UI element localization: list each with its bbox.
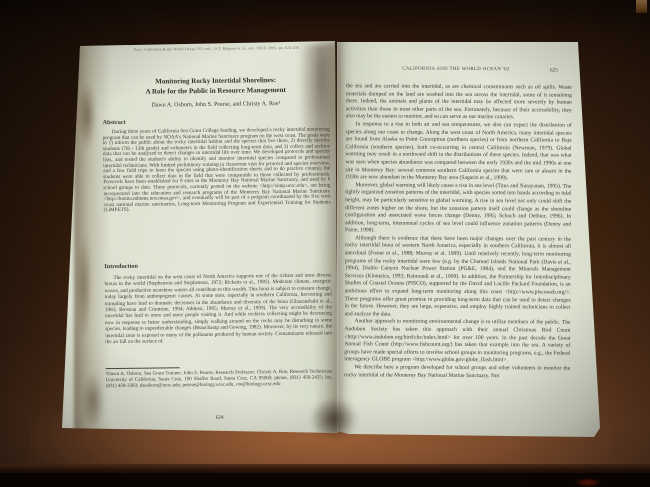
body-text-column: the sea and are carried into the interti… bbox=[344, 83, 572, 381]
red-indicator-light bbox=[576, 479, 600, 486]
body-paragraph: the sea and are carried into the interti… bbox=[346, 83, 572, 122]
body-paragraph: We describe here a program developed for… bbox=[344, 364, 570, 381]
abstract-heading: Abstract bbox=[103, 119, 126, 126]
book-spine-smudge-top bbox=[298, 44, 340, 204]
paper-title-line2: A Role for the Public in Resource Manage… bbox=[102, 85, 329, 98]
photo-of-projected-paper: Proc. California & the World Ocean '02 c… bbox=[0, 0, 650, 487]
body-paragraph: Another approach to monitoring environme… bbox=[344, 319, 570, 366]
footnote-text: ¹Dawn A. Osborn, Sea Grant Trainee; John… bbox=[106, 369, 333, 389]
bottom-black-strip bbox=[0, 473, 650, 487]
right-page: CALIFORNIA AND THE WORLD OCEAN '02 625 t… bbox=[337, 40, 602, 439]
page-number-right: 625 bbox=[550, 67, 558, 73]
right-page-content: CALIFORNIA AND THE WORLD OCEAN '02 625 t… bbox=[336, 39, 603, 440]
page-number-left: 624 bbox=[106, 413, 333, 422]
running-head: CALIFORNIA AND THE WORLD OCEAN '02 bbox=[352, 66, 560, 72]
book-spine-smudge-bottom bbox=[310, 398, 358, 440]
body-paragraph: Although there is evidence that there ha… bbox=[345, 235, 572, 320]
paper-title: Monitoring Rocky Intertidal Shorelines: … bbox=[102, 74, 329, 97]
body-paragraph: In response to a rise in both air and se… bbox=[345, 121, 571, 183]
authors-line: Dawn A. Osborn, John S. Pearse, and Chri… bbox=[102, 100, 329, 109]
source-citation-line: Proc. California & the World Ocean '02 c… bbox=[110, 45, 325, 52]
body-paragraph: Moreover, global warming will likely cau… bbox=[345, 182, 571, 237]
footnote-rule bbox=[106, 367, 180, 369]
left-page: Proc. California & the World Ocean '02 c… bbox=[62, 41, 338, 433]
doorway-light bbox=[636, 0, 647, 13]
introduction-heading: Introduction bbox=[104, 263, 138, 270]
abstract-text: During three years of California Sea Gra… bbox=[103, 127, 331, 214]
introduction-text: The rocky intertidal on the west coast o… bbox=[104, 272, 332, 345]
